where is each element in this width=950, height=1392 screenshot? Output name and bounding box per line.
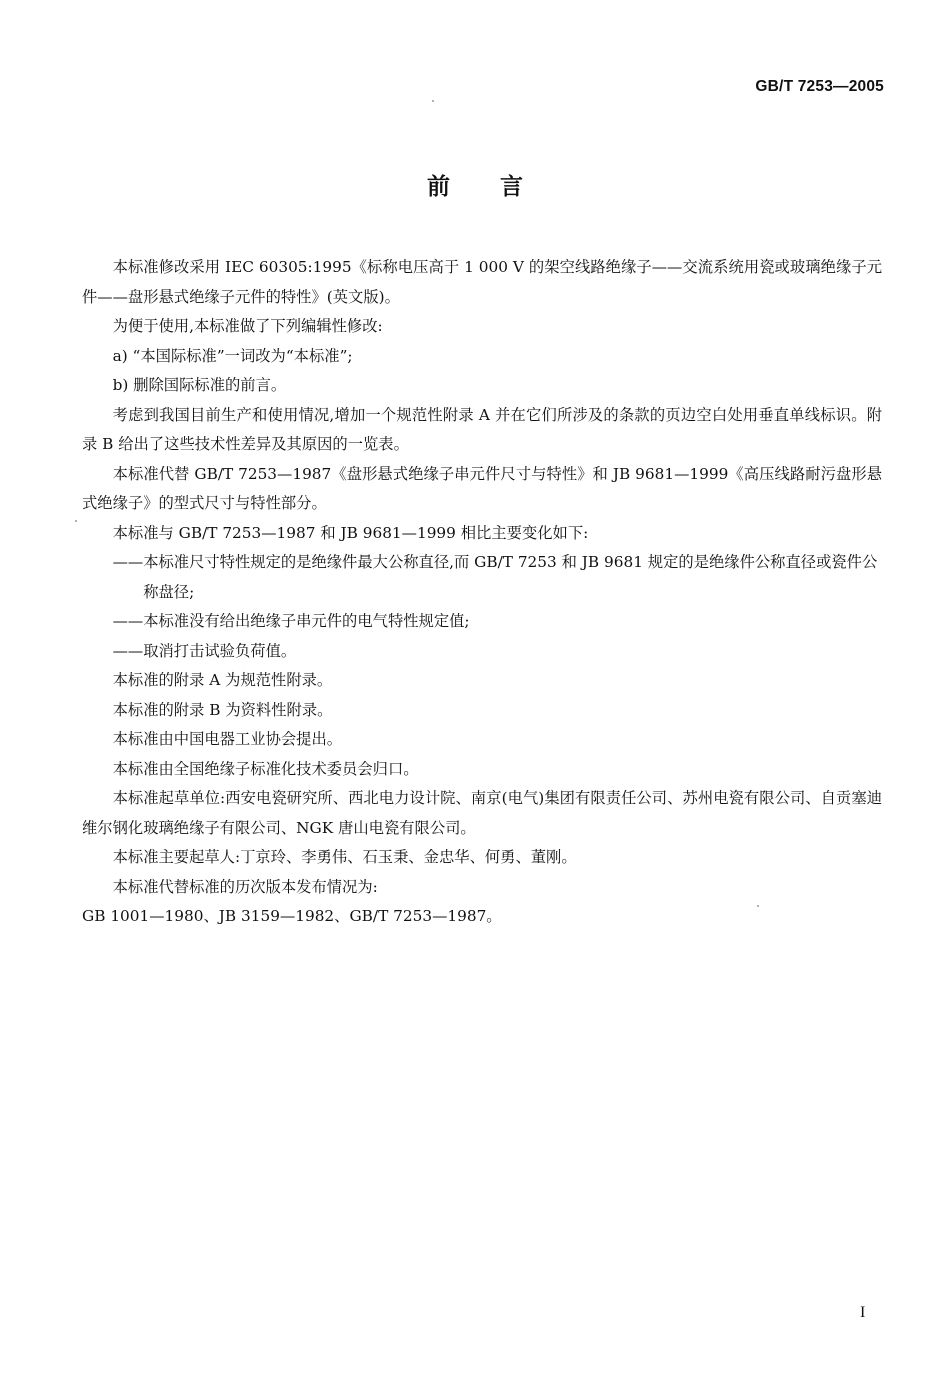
change-item: ——本标准没有给出绝缘子串元件的电气特性规定值; <box>82 607 882 637</box>
change-item: ——本标准尺寸特性规定的是绝缘件最大公称直径,而 GB/T 7253 和 JB … <box>82 548 882 607</box>
scan-speck <box>432 100 434 102</box>
list-item-a: a) “本国际标准”一词改为“本标准”; <box>82 342 882 372</box>
paragraph-changes-intro: 本标准与 GB/T 7253—1987 和 JB 9681—1999 相比主要变… <box>82 519 882 549</box>
paragraph-drafting-units: 本标准起草单位:西安电瓷研究所、西北电力设计院、南京(电气)集团有限责任公司、苏… <box>82 784 882 843</box>
standard-code: GB/T 7253—2005 <box>755 78 884 96</box>
paragraph-proposed-by: 本标准由中国电器工业协会提出。 <box>82 725 882 755</box>
paragraph-history-intro: 本标准代替标准的历次版本发布情况为: <box>82 873 882 903</box>
paragraph-drafters: 本标准主要起草人:丁京玲、李勇伟、石玉秉、金忠华、何勇、董刚。 <box>82 843 882 873</box>
paragraph-annex-a: 本标准的附录 A 为规范性附录。 <box>82 666 882 696</box>
paragraph-editorial-intro: 为便于使用,本标准做了下列编辑性修改: <box>82 312 882 342</box>
scan-speck <box>757 905 759 907</box>
change-item-text: ——本标准没有给出绝缘子串元件的电气特性规定值; <box>113 607 882 637</box>
paragraph-history-list: GB 1001—1980、JB 3159—1982、GB/T 7253—1987… <box>82 902 882 932</box>
paragraph-annex-b: 本标准的附录 B 为资料性附录。 <box>82 696 882 726</box>
list-item-b: b) 删除国际标准的前言。 <box>82 371 882 401</box>
paragraph-adoption: 本标准修改采用 IEC 60305:1995《标称电压高于 1 000 V 的架… <box>82 253 882 312</box>
page-title: 前言 <box>0 168 950 201</box>
foreword-body: 本标准修改采用 IEC 60305:1995《标称电压高于 1 000 V 的架… <box>82 253 882 932</box>
change-item-text: ——本标准尺寸特性规定的是绝缘件最大公称直径,而 GB/T 7253 和 JB … <box>113 548 882 607</box>
change-item-text: ——取消打击试验负荷值。 <box>113 637 882 667</box>
scan-speck <box>75 520 77 522</box>
paragraph-replaces: 本标准代替 GB/T 7253—1987《盘形悬式绝缘子串元件尺寸与特性》和 J… <box>82 460 882 519</box>
paragraph-annex-a-note: 考虑到我国目前生产和使用情况,增加一个规范性附录 A 并在它们所涉及的条款的页边… <box>82 401 882 460</box>
paragraph-centralized-by: 本标准由全国绝缘子标准化技术委员会归口。 <box>82 755 882 785</box>
page-number: I <box>860 1304 865 1322</box>
change-item: ——取消打击试验负荷值。 <box>82 637 882 667</box>
